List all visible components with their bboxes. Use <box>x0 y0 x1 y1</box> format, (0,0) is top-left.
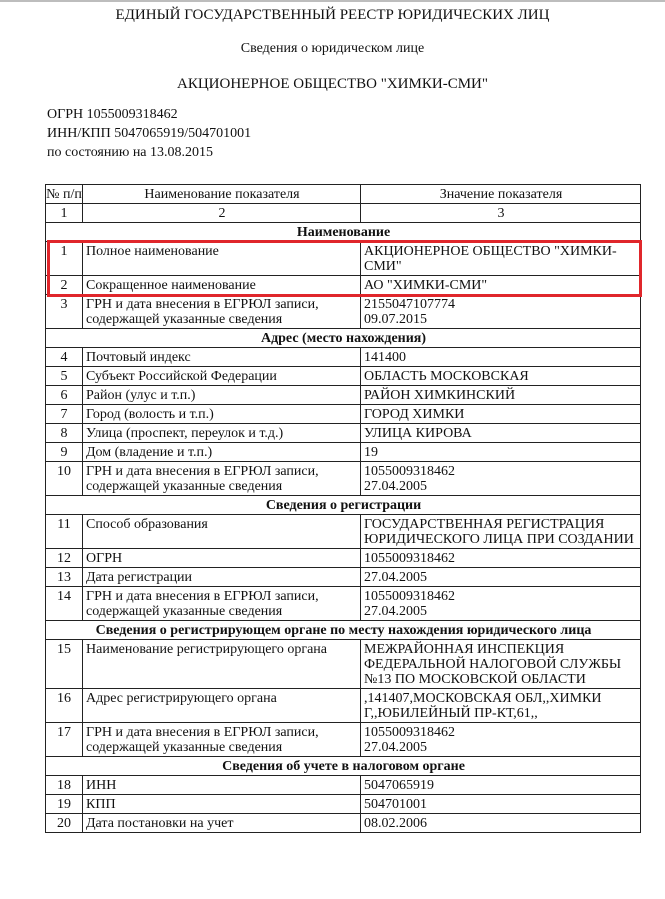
indicator-name: Наименование регистрирующего органа <box>83 640 361 689</box>
column-header-value: Значение показателя <box>361 185 641 204</box>
table-row: 5Субъект Российской ФедерацииОБЛАСТЬ МОС… <box>46 367 641 386</box>
table-header-row: № п/п Наименование показателя Значение п… <box>46 185 641 204</box>
indicator-name: ГРН и дата внесения в ЕГРЮЛ записи, соде… <box>83 587 361 621</box>
indicator-value: 1055009318462 27.04.2005 <box>361 462 641 496</box>
top-divider <box>0 0 665 2</box>
table-row: 11Способ образованияГОСУДАРСТВЕННАЯ РЕГИ… <box>46 515 641 549</box>
table-row: 16Адрес регистрирующего органа,141407,МО… <box>46 689 641 723</box>
row-number: 4 <box>46 348 83 367</box>
indicator-value: РАЙОН ХИМКИНСКИЙ <box>361 386 641 405</box>
indicator-name: Район (улус и т.п.) <box>83 386 361 405</box>
indicator-name: Субъект Российской Федерации <box>83 367 361 386</box>
row-number: 10 <box>46 462 83 496</box>
row-number: 8 <box>46 424 83 443</box>
registry-title: ЕДИНЫЙ ГОСУДАРСТВЕННЫЙ РЕЕСТР ЮРИДИЧЕСКИ… <box>0 7 665 24</box>
table-row: 10ГРН и дата внесения в ЕГРЮЛ записи, со… <box>46 462 641 496</box>
section-header-row: Наименование <box>46 223 641 242</box>
column-number: 2 <box>83 204 361 223</box>
indicator-value: УЛИЦА КИРОВА <box>361 424 641 443</box>
ogrn-line: ОГРН 1055009318462 <box>47 106 178 124</box>
table-row: 7Город (волость и т.п.)ГОРОД ХИМКИ <box>46 405 641 424</box>
row-number: 15 <box>46 640 83 689</box>
indicator-value: 1055009318462 <box>361 549 641 568</box>
indicator-value: ,141407,МОСКОВСКАЯ ОБЛ,,ХИМКИ Г,,ЮБИЛЕЙН… <box>361 689 641 723</box>
table-row: 18ИНН5047065919 <box>46 776 641 795</box>
indicator-name: Почтовый индекс <box>83 348 361 367</box>
row-number: 19 <box>46 795 83 814</box>
indicator-name: Полное наименование <box>83 242 361 276</box>
indicator-value: ОБЛАСТЬ МОСКОВСКАЯ <box>361 367 641 386</box>
column-number: 3 <box>361 204 641 223</box>
table-row: 3ГРН и дата внесения в ЕГРЮЛ записи, сод… <box>46 295 641 329</box>
table-row: 20Дата постановки на учет08.02.2006 <box>46 814 641 833</box>
indicator-value: 1055009318462 27.04.2005 <box>361 723 641 757</box>
table-row: 17ГРН и дата внесения в ЕГРЮЛ записи, со… <box>46 723 641 757</box>
column-number: 1 <box>46 204 83 223</box>
indicator-value: 5047065919 <box>361 776 641 795</box>
indicator-value: ГОСУДАРСТВЕННАЯ РЕГИСТРАЦИЯ ЮРИДИЧЕСКОГО… <box>361 515 641 549</box>
column-header-number: № п/п <box>46 185 83 204</box>
column-header-indicator: Наименование показателя <box>83 185 361 204</box>
table-row: 13Дата регистрации27.04.2005 <box>46 568 641 587</box>
section-header-row: Сведения об учете в налоговом органе <box>46 757 641 776</box>
row-number: 11 <box>46 515 83 549</box>
section-header-row: Сведения о регистрации <box>46 496 641 515</box>
indicator-name: ГРН и дата внесения в ЕГРЮЛ записи, соде… <box>83 295 361 329</box>
table-row: 15Наименование регистрирующего органаМЕЖ… <box>46 640 641 689</box>
column-number-row: 1 2 3 <box>46 204 641 223</box>
registry-table: № п/п Наименование показателя Значение п… <box>45 184 641 833</box>
section-title: Адрес (место нахождения) <box>46 329 641 348</box>
indicator-value: АКЦИОНЕРНОЕ ОБЩЕСТВО "ХИМКИ-СМИ" <box>361 242 641 276</box>
section-header-row: Сведения о регистрирующем органе по мест… <box>46 621 641 640</box>
table-row: 6Район (улус и т.п.)РАЙОН ХИМКИНСКИЙ <box>46 386 641 405</box>
row-number: 2 <box>46 276 83 295</box>
row-number: 16 <box>46 689 83 723</box>
indicator-name: ГРН и дата внесения в ЕГРЮЛ записи, соде… <box>83 723 361 757</box>
row-number: 3 <box>46 295 83 329</box>
indicator-name: ОГРН <box>83 549 361 568</box>
row-number: 12 <box>46 549 83 568</box>
row-number: 18 <box>46 776 83 795</box>
row-number: 17 <box>46 723 83 757</box>
as-of-date-line: по состоянию на 13.08.2015 <box>47 144 213 162</box>
row-number: 1 <box>46 242 83 276</box>
indicator-name: Сокращенное наименование <box>83 276 361 295</box>
table-row: 2Сокращенное наименованиеАО "ХИМКИ-СМИ" <box>46 276 641 295</box>
indicator-value: 141400 <box>361 348 641 367</box>
indicator-value: 08.02.2006 <box>361 814 641 833</box>
indicator-name: ГРН и дата внесения в ЕГРЮЛ записи, соде… <box>83 462 361 496</box>
table-row: 1Полное наименованиеАКЦИОНЕРНОЕ ОБЩЕСТВО… <box>46 242 641 276</box>
indicator-name: Адрес регистрирующего органа <box>83 689 361 723</box>
indicator-name: КПП <box>83 795 361 814</box>
row-number: 9 <box>46 443 83 462</box>
indicator-name: ИНН <box>83 776 361 795</box>
indicator-value: МЕЖРАЙОННАЯ ИНСПЕКЦИЯ ФЕДЕРАЛЬНОЙ НАЛОГО… <box>361 640 641 689</box>
section-title: Наименование <box>46 223 641 242</box>
indicator-name: Способ образования <box>83 515 361 549</box>
table-row: 14ГРН и дата внесения в ЕГРЮЛ записи, со… <box>46 587 641 621</box>
indicator-value: 2155047107774 09.07.2015 <box>361 295 641 329</box>
table-row: 12ОГРН1055009318462 <box>46 549 641 568</box>
section-title: Сведения о регистрации <box>46 496 641 515</box>
indicator-name: Дата регистрации <box>83 568 361 587</box>
indicator-value: ГОРОД ХИМКИ <box>361 405 641 424</box>
section-title: Сведения об учете в налоговом органе <box>46 757 641 776</box>
row-number: 14 <box>46 587 83 621</box>
table-row: 4Почтовый индекс141400 <box>46 348 641 367</box>
row-number: 20 <box>46 814 83 833</box>
inn-kpp-line: ИНН/КПП 5047065919/504701001 <box>47 125 251 143</box>
company-name-heading: АКЦИОНЕРНОЕ ОБЩЕСТВО "ХИМКИ-СМИ" <box>0 76 665 93</box>
section-header-row: Адрес (место нахождения) <box>46 329 641 348</box>
table-row: 19КПП504701001 <box>46 795 641 814</box>
row-number: 6 <box>46 386 83 405</box>
row-number: 5 <box>46 367 83 386</box>
row-number: 13 <box>46 568 83 587</box>
row-number: 7 <box>46 405 83 424</box>
indicator-value: 27.04.2005 <box>361 568 641 587</box>
indicator-name: Город (волость и т.п.) <box>83 405 361 424</box>
indicator-value: 1055009318462 27.04.2005 <box>361 587 641 621</box>
indicator-value: 19 <box>361 443 641 462</box>
section-title: Сведения о регистрирующем органе по мест… <box>46 621 641 640</box>
indicator-value: АО "ХИМКИ-СМИ" <box>361 276 641 295</box>
document-subtitle: Сведения о юридическом лице <box>0 41 665 57</box>
indicator-value: 504701001 <box>361 795 641 814</box>
table-row: 8Улица (проспект, переулок и т.д.)УЛИЦА … <box>46 424 641 443</box>
indicator-name: Дата постановки на учет <box>83 814 361 833</box>
indicator-name: Дом (владение и т.п.) <box>83 443 361 462</box>
indicator-name: Улица (проспект, переулок и т.д.) <box>83 424 361 443</box>
table-row: 9Дом (владение и т.п.)19 <box>46 443 641 462</box>
